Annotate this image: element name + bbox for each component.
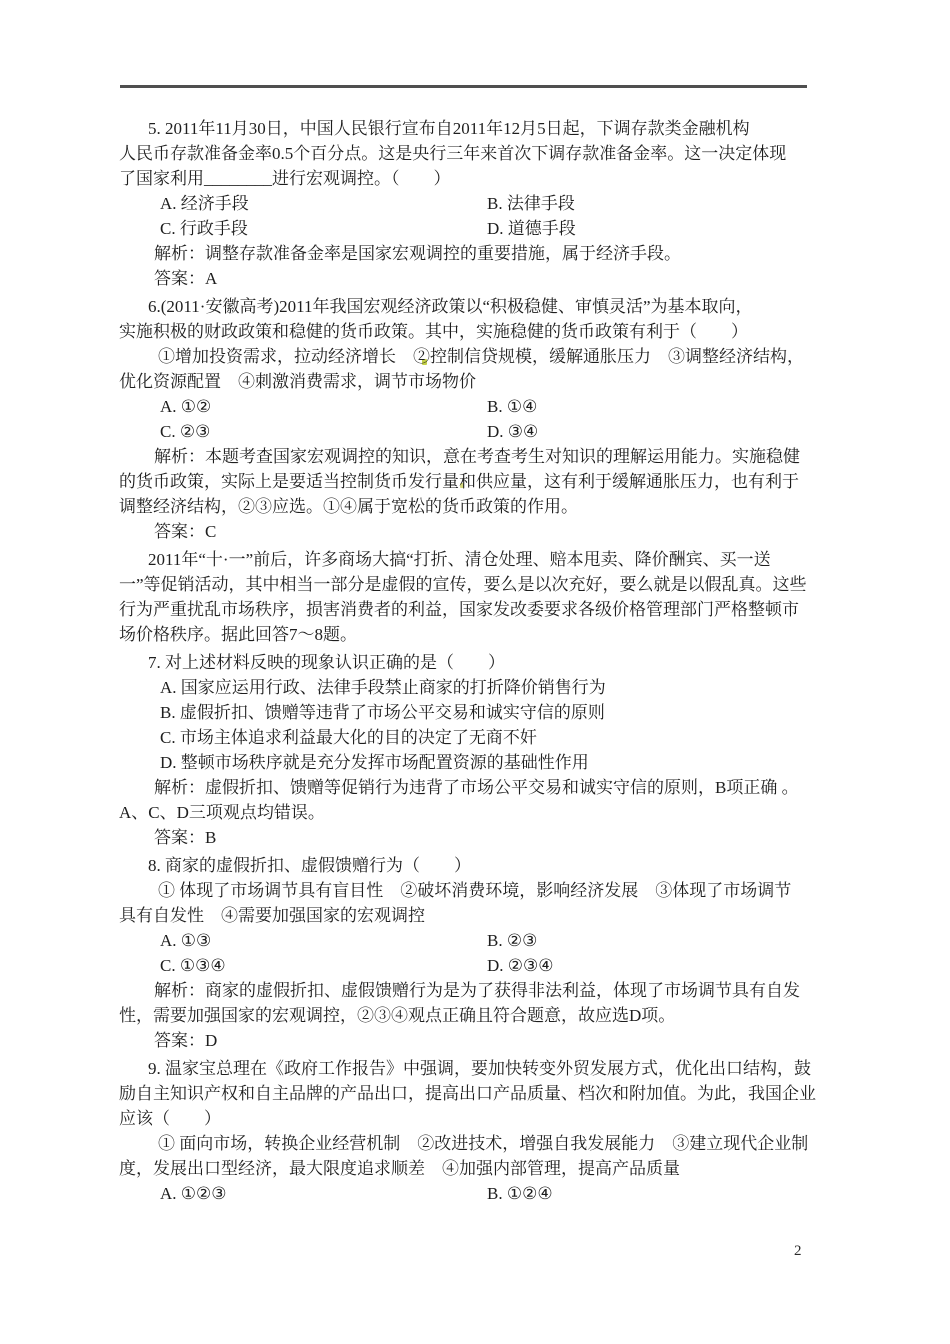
answer-line: 答案：D: [119, 1028, 811, 1053]
option-row: A. 经济手段 B. 法律手段: [119, 191, 811, 216]
question-stem-line: 9. 温家宝总理在《政府工作报告》中强调，要加快转变外贸发展方式，优化出口结构，…: [119, 1056, 811, 1081]
answer-line: 答案：A: [119, 266, 811, 291]
option-b: B. ①②④: [487, 1181, 553, 1206]
question-stem-line: 7. 对上述材料反映的现象认识正确的是（ ）: [119, 650, 811, 675]
question-stem-line: 5. 2011年11月30日，中国人民银行宣布自2011年12月5日起，下调存款…: [119, 116, 811, 141]
question-stem-line: 了国家利用________进行宏观调控。（ ）: [119, 166, 811, 191]
analysis-line: A、C、D三项观点均错误。: [119, 800, 811, 825]
analysis-line: 性，需要加强国家的宏观调控，②③④观点正确且符合题意，故应选D项。: [119, 1003, 811, 1028]
passage-line: 行为严重扰乱市场秩序，损害消费者的利益，国家发改委要求各级价格管理部门严格整顿市: [119, 597, 811, 622]
item-list-line: ①增加投资需求，拉动经济增长 ②控制信贷规模，缓解通胀压力 ③调整经济结构，: [119, 344, 811, 369]
option-b: B. ①④: [487, 394, 537, 419]
passage-line: 场价格秩序。据此回答7～8题。: [119, 622, 811, 647]
option-b: B. 法律手段: [487, 191, 575, 216]
option-line-d: D. 整顿市场秩序就是充分发挥市场配置资源的基础性作用: [119, 750, 811, 775]
option-d: D. ②③④: [487, 953, 554, 978]
option-c: C. ②③: [160, 422, 210, 441]
header-rule: [120, 85, 807, 88]
option-a: A. ①③: [160, 931, 211, 950]
analysis-line: 的货币政策，实际上是要适当控制货币发行量和供应量，这有利于缓解通胀压力，也有利于: [119, 469, 811, 494]
option-row: A. ①② B. ①④: [119, 394, 811, 419]
option-a: A. 经济手段: [160, 194, 249, 213]
passage-line: 一”等促销活动，其中相当一部分是虚假的宣传，要么是以次充好，要么就是以假乱真。这…: [119, 572, 811, 597]
reading-passage: 2011年“十·一”前后，许多商场大搞“打折、清仓处理、赔本甩卖、降价酬宾、买一…: [119, 547, 811, 647]
option-line-c: C. 市场主体追求利益最大化的目的决定了无商不奸: [119, 725, 811, 750]
question-9: 9. 温家宝总理在《政府工作报告》中强调，要加快转变外贸发展方式，优化出口结构，…: [119, 1056, 811, 1206]
analysis-line: 调整经济结构，②③应选。①④属于宽松的货币政策的作用。: [119, 494, 811, 519]
question-stem-line: 6.(2011·安徽高考)2011年我国宏观经济政策以“积极稳健、审慎灵活”为基…: [119, 294, 811, 319]
analysis-line: 解析：调整存款准备金率是国家宏观调控的重要措施，属于经济手段。: [119, 241, 811, 266]
option-b: B. ②③: [487, 928, 537, 953]
passage-line: 2011年“十·一”前后，许多商场大搞“打折、清仓处理、赔本甩卖、降价酬宾、买一…: [119, 547, 811, 572]
answer-line: 答案：C: [119, 519, 811, 544]
question-7: 7. 对上述材料反映的现象认识正确的是（ ） A. 国家应运用行政、法律手段禁止…: [119, 650, 811, 850]
question-8: 8. 商家的虚假折扣、虚假馈赠行为（ ） ① 体现了市场调节具有盲目性 ②破坏消…: [119, 853, 811, 1053]
document-content: 5. 2011年11月30日，中国人民银行宣布自2011年12月5日起，下调存款…: [119, 116, 811, 1206]
option-line-a: A. 国家应运用行政、法律手段禁止商家的打折降价销售行为: [119, 675, 811, 700]
question-stem-line: 人民币存款准备金率0.5个百分点。这是央行三年来首次下调存款准备金率。这一决定体…: [119, 141, 811, 166]
question-stem-line: 励自主知识产权和自主品牌的产品出口，提高出口产品质量、档次和附加值。为此，我国企…: [119, 1081, 811, 1106]
option-a: A. ①②③: [160, 1184, 227, 1203]
question-6: 6.(2011·安徽高考)2011年我国宏观经济政策以“积极稳健、审慎灵活”为基…: [119, 294, 811, 544]
option-line-b: B. 虚假折扣、馈赠等违背了市场公平交易和诚实守信的原则: [119, 700, 811, 725]
answer-line: 答案：B: [119, 825, 811, 850]
option-c: C. ①③④: [160, 956, 226, 975]
analysis-line: 解析：本题考查国家宏观调控的知识，意在考查考生对知识的理解运用能力。实施稳健: [119, 444, 811, 469]
item-list-line: 度，发展出口型经济，最大限度追求顺差 ④加强内部管理，提高产品质量: [119, 1156, 811, 1181]
analysis-line: 解析：虚假折扣、馈赠等促销行为违背了市场公平交易和诚实守信的原则，B项正确 。: [119, 775, 811, 800]
option-a: A. ①②: [160, 397, 211, 416]
option-d: D. ③④: [487, 419, 538, 444]
option-row: C. 行政手段 D. 道德手段: [119, 216, 811, 241]
option-row: C. ①③④ D. ②③④: [119, 953, 811, 978]
option-c: C. 行政手段: [160, 219, 248, 238]
question-5: 5. 2011年11月30日，中国人民银行宣布自2011年12月5日起，下调存款…: [119, 116, 811, 291]
item-list-line: 优化资源配置 ④刺激消费需求，调节市场物价: [119, 369, 811, 394]
option-row: A. ①③ B. ②③: [119, 928, 811, 953]
question-stem-line: 8. 商家的虚假折扣、虚假馈赠行为（ ）: [119, 853, 811, 878]
question-stem-line: 实施积极的财政政策和稳健的货币政策。其中，实施稳健的货币政策有利于（ ）: [119, 319, 811, 344]
item-list-line: 具有自发性 ④需要加强国家的宏观调控: [119, 903, 811, 928]
page-number: 2: [794, 1242, 802, 1260]
item-list-line: ① 面向市场，转换企业经营机制 ②改进技术，增强自我发展能力 ③建立现代企业制: [119, 1131, 811, 1156]
item-list-line: ① 体现了市场调节具有盲目性 ②破坏消费环境，影响经济发展 ③体现了市场调节: [119, 878, 811, 903]
option-row: C. ②③ D. ③④: [119, 419, 811, 444]
analysis-line: 解析：商家的虚假折扣、虚假馈赠行为是为了获得非法利益，体现了市场调节具有自发: [119, 978, 811, 1003]
question-stem-line: 应该（ ）: [119, 1106, 811, 1131]
option-row: A. ①②③ B. ①②④: [119, 1181, 811, 1206]
option-d: D. 道德手段: [487, 216, 576, 241]
document-page: 5. 2011年11月30日，中国人民银行宣布自2011年12月5日起，下调存款…: [0, 0, 950, 1344]
